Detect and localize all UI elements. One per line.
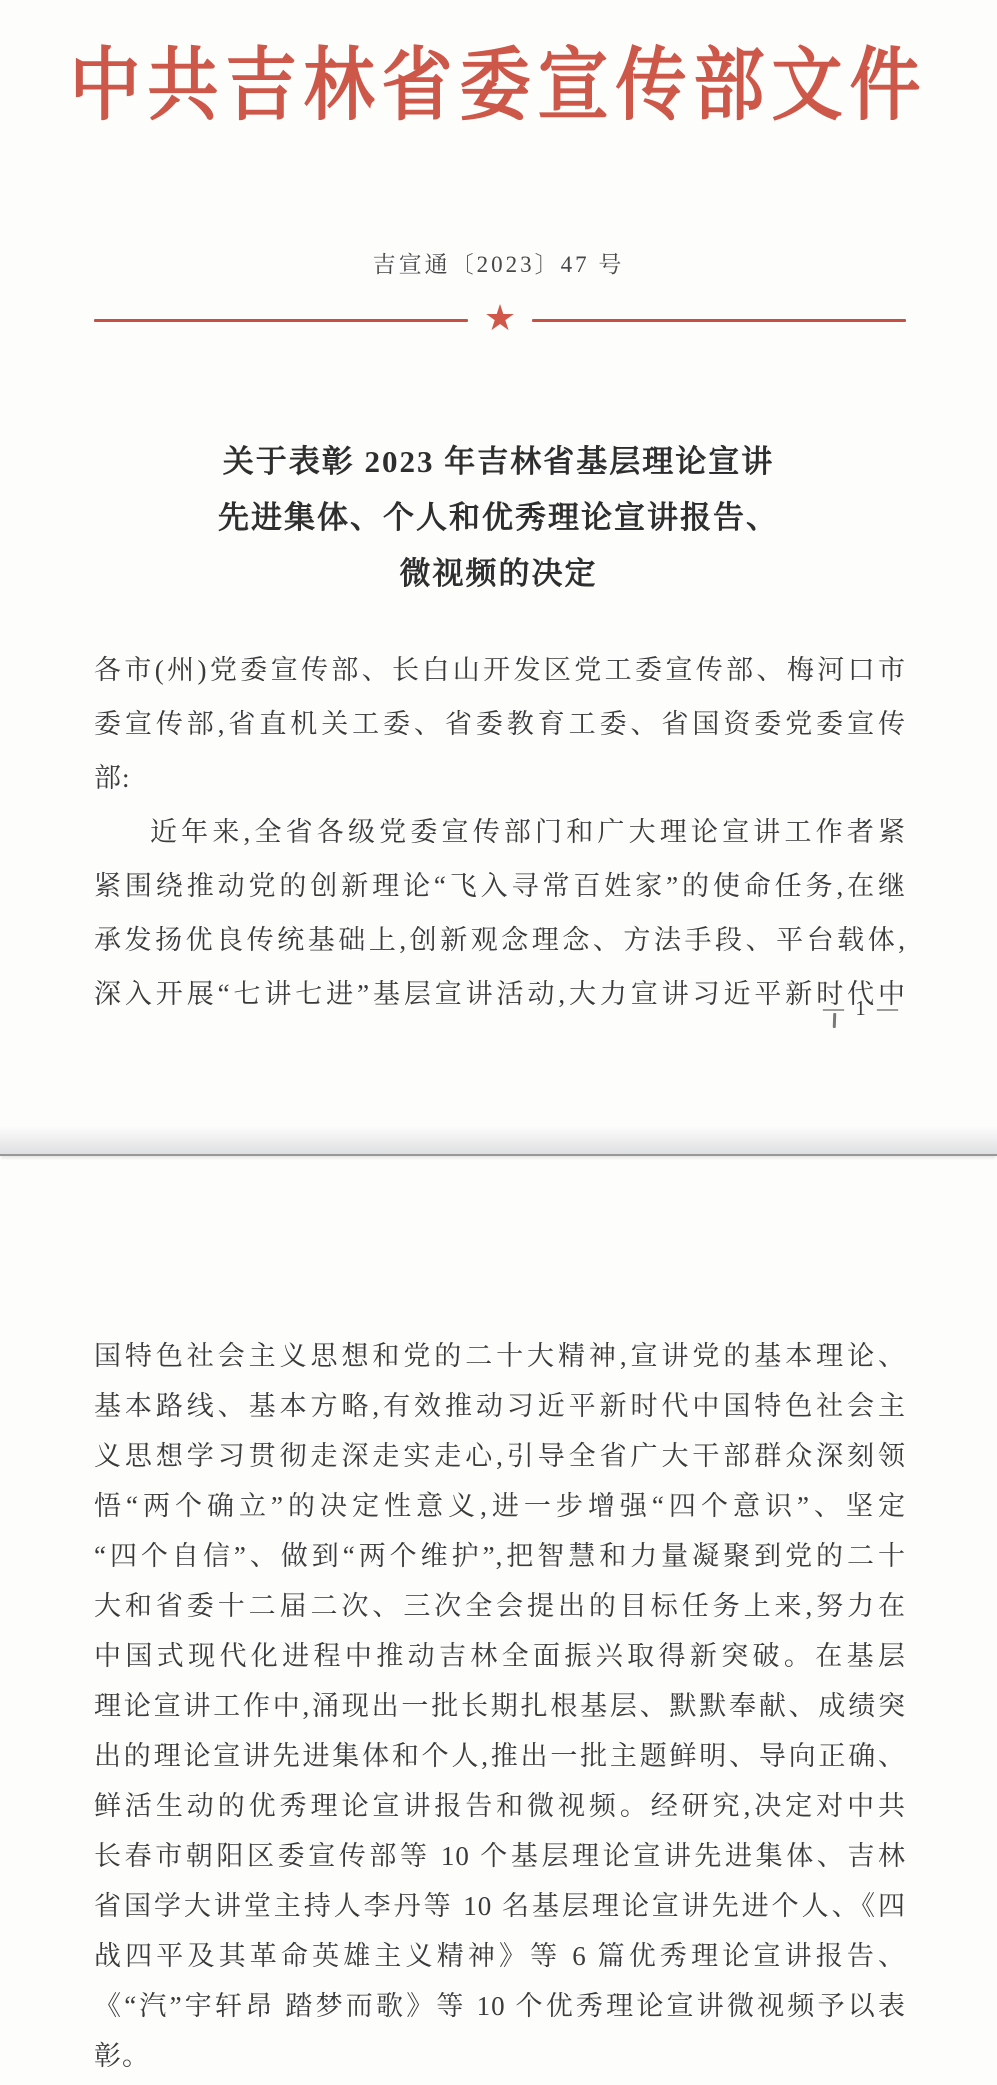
body-line: 省国学大讲堂主持人李丹等 10 名基层理论宣讲先进个人、《四 xyxy=(94,1881,906,1931)
body-line: 《“汽”宇轩昂 踏梦而歌》等 10 个优秀理论宣讲微视频予以表 xyxy=(94,1981,906,2031)
body-line: 近年来,全省各级党委宣传部门和广大理论宣讲工作者紧 xyxy=(94,805,906,859)
body-line: 出的理论宣讲先进集体和个人,推出一批主题鲜明、导向正确、 xyxy=(94,1731,906,1781)
body-line: 委宣传部,省直机关工委、省委教育工委、省国资委党委宣传 xyxy=(94,697,906,751)
red-divider: ★ xyxy=(94,303,906,337)
body-line: 长春市朝阳区委宣传部等 10 个基层理论宣讲先进集体、吉林 xyxy=(94,1831,906,1881)
body-line: 悟“两个确立”的决定性意义,进一步增强“四个意识”、坚定 xyxy=(94,1481,906,1531)
page-1-body: 各市(州)党委宣传部、长白山开发区党工委宣传部、梅河口市 委宣传部,省直机关工委… xyxy=(94,643,906,1021)
page-separator xyxy=(0,1127,997,1156)
body-line: 各市(州)党委宣传部、长白山开发区党工委宣传部、梅河口市 xyxy=(94,643,906,697)
body-line: 彰。 xyxy=(94,2031,906,2081)
body-line: 中国式现代化进程中推动吉林全面振兴取得新突破。在基层 xyxy=(94,1631,906,1681)
scan-artifact xyxy=(833,1013,837,1028)
red-header-title: 中共吉林省委宣传部文件 xyxy=(0,34,997,141)
red-star-icon: ★ xyxy=(484,300,516,336)
document-title: 关于表彰 2023 年吉林省基层理论宣讲 先进集体、个人和优秀理论宣讲报告、 微… xyxy=(0,434,997,602)
body-line: 深入开展“七讲七进”基层宣讲活动,大力宣讲习近平新时代中 xyxy=(94,967,906,1021)
document-title-line: 先进集体、个人和优秀理论宣讲报告、 xyxy=(0,490,997,546)
document-number: 吉宣通〔2023〕47 号 xyxy=(0,246,997,279)
page-2-body: 国特色社会主义思想和党的二十大精神,宣讲党的基本理论、 基本路线、基本方略,有效… xyxy=(94,1331,906,2081)
body-line: 国特色社会主义思想和党的二十大精神,宣讲党的基本理论、 xyxy=(94,1331,906,1381)
document-title-line: 关于表彰 2023 年吉林省基层理论宣讲 xyxy=(0,434,997,490)
document-scan: 中共吉林省委宣传部文件 吉宣通〔2023〕47 号 ★ 关于表彰 2023 年吉… xyxy=(0,0,997,2085)
body-line: 部: xyxy=(94,751,906,805)
body-line: 大和省委十二届二次、三次全会提出的目标任务上来,努力在 xyxy=(94,1581,906,1631)
body-line: 战四平及其革命英雄主义精神》等 6 篇优秀理论宣讲报告、 xyxy=(94,1931,906,1981)
body-line: 承发扬优良传统基础上,创新观念理念、方法手段、平台载体, xyxy=(94,913,906,967)
document-title-line: 微视频的决定 xyxy=(0,546,997,602)
body-line: 基本路线、基本方略,有效推动习近平新时代中国特色社会主 xyxy=(94,1381,906,1431)
divider-line-left xyxy=(94,319,468,322)
body-line: 理论宣讲工作中,涌现出一批长期扎根基层、默默奉献、成绩突 xyxy=(94,1681,906,1731)
body-line: 鲜活生动的优秀理论宣讲报告和微视频。经研究,决定对中共 xyxy=(94,1781,906,1831)
body-line: 紧围绕推动党的创新理论“飞入寻常百姓家”的使命任务,在继 xyxy=(94,859,906,913)
body-line: 义思想学习贯彻走深走实走心,引导全省广大干部群众深刻领 xyxy=(94,1431,906,1481)
body-line: “四个自信”、做到“两个维护”,把智慧和力量凝聚到党的二十 xyxy=(94,1531,906,1581)
divider-line-right xyxy=(532,319,906,322)
